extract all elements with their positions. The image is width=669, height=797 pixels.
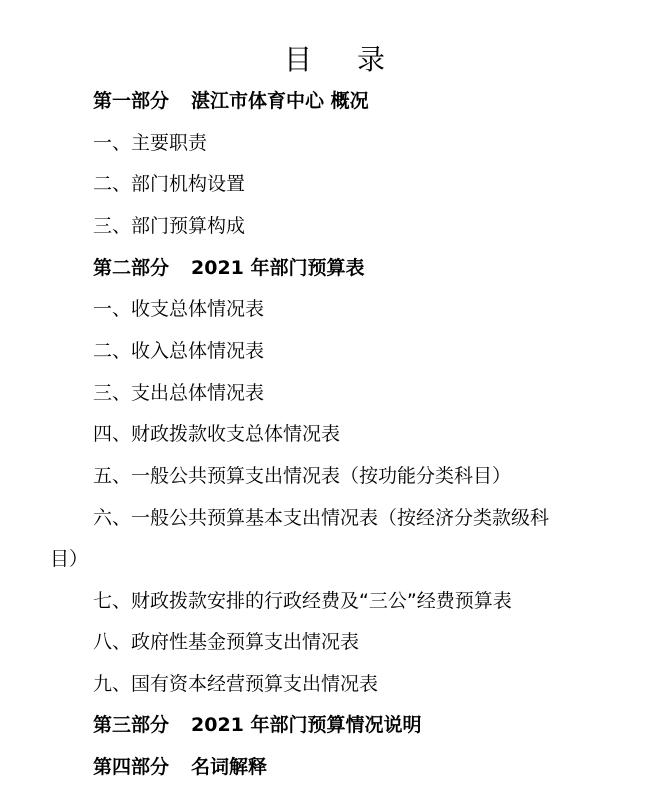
part-title: 2021 年部门预算表 — [191, 257, 365, 279]
toc-item: 九、国有资本经营预算支出情况表 — [93, 671, 378, 697]
toc-item: 七、财政拨款安排的行政经费及“三公”经费预算表 — [93, 588, 512, 614]
toc-title: 目 录 — [0, 38, 669, 78]
toc-item: 五、一般公共预算支出情况表（按功能分类科目） — [93, 463, 511, 489]
part-label: 第三部分 — [93, 714, 169, 736]
toc-item: 三、部门预算构成 — [93, 213, 245, 239]
toc-part-2: 第二部分2021 年部门预算表 — [93, 255, 365, 281]
part-label: 第一部分 — [93, 90, 169, 112]
toc-part-3: 第三部分2021 年部门预算情况说明 — [93, 712, 422, 738]
toc-item-line1: 六、一般公共预算基本支出情况表（按经济分类款级科 — [93, 505, 549, 531]
toc-item: 二、收入总体情况表 — [93, 338, 264, 364]
toc-item: 二、部门机构设置 — [93, 171, 245, 197]
toc-item-line2: 目） — [50, 546, 88, 572]
toc-item: 三、支出总体情况表 — [93, 380, 264, 406]
toc-item: 八、政府性基金预算支出情况表 — [93, 629, 359, 655]
part-title: 湛江市体育中心 概况 — [191, 90, 369, 112]
toc-item: 一、收支总体情况表 — [93, 296, 264, 322]
part-label: 第二部分 — [93, 257, 169, 279]
toc-item: 四、财政拨款收支总体情况表 — [93, 421, 340, 447]
part-label: 第四部分 — [93, 756, 169, 778]
toc-part-4: 第四部分名词解释 — [93, 754, 267, 780]
part-title: 2021 年部门预算情况说明 — [191, 714, 422, 736]
toc-item: 一、主要职责 — [93, 130, 207, 156]
part-title: 名词解释 — [191, 756, 267, 778]
toc-part-1: 第一部分湛江市体育中心 概况 — [93, 88, 369, 114]
